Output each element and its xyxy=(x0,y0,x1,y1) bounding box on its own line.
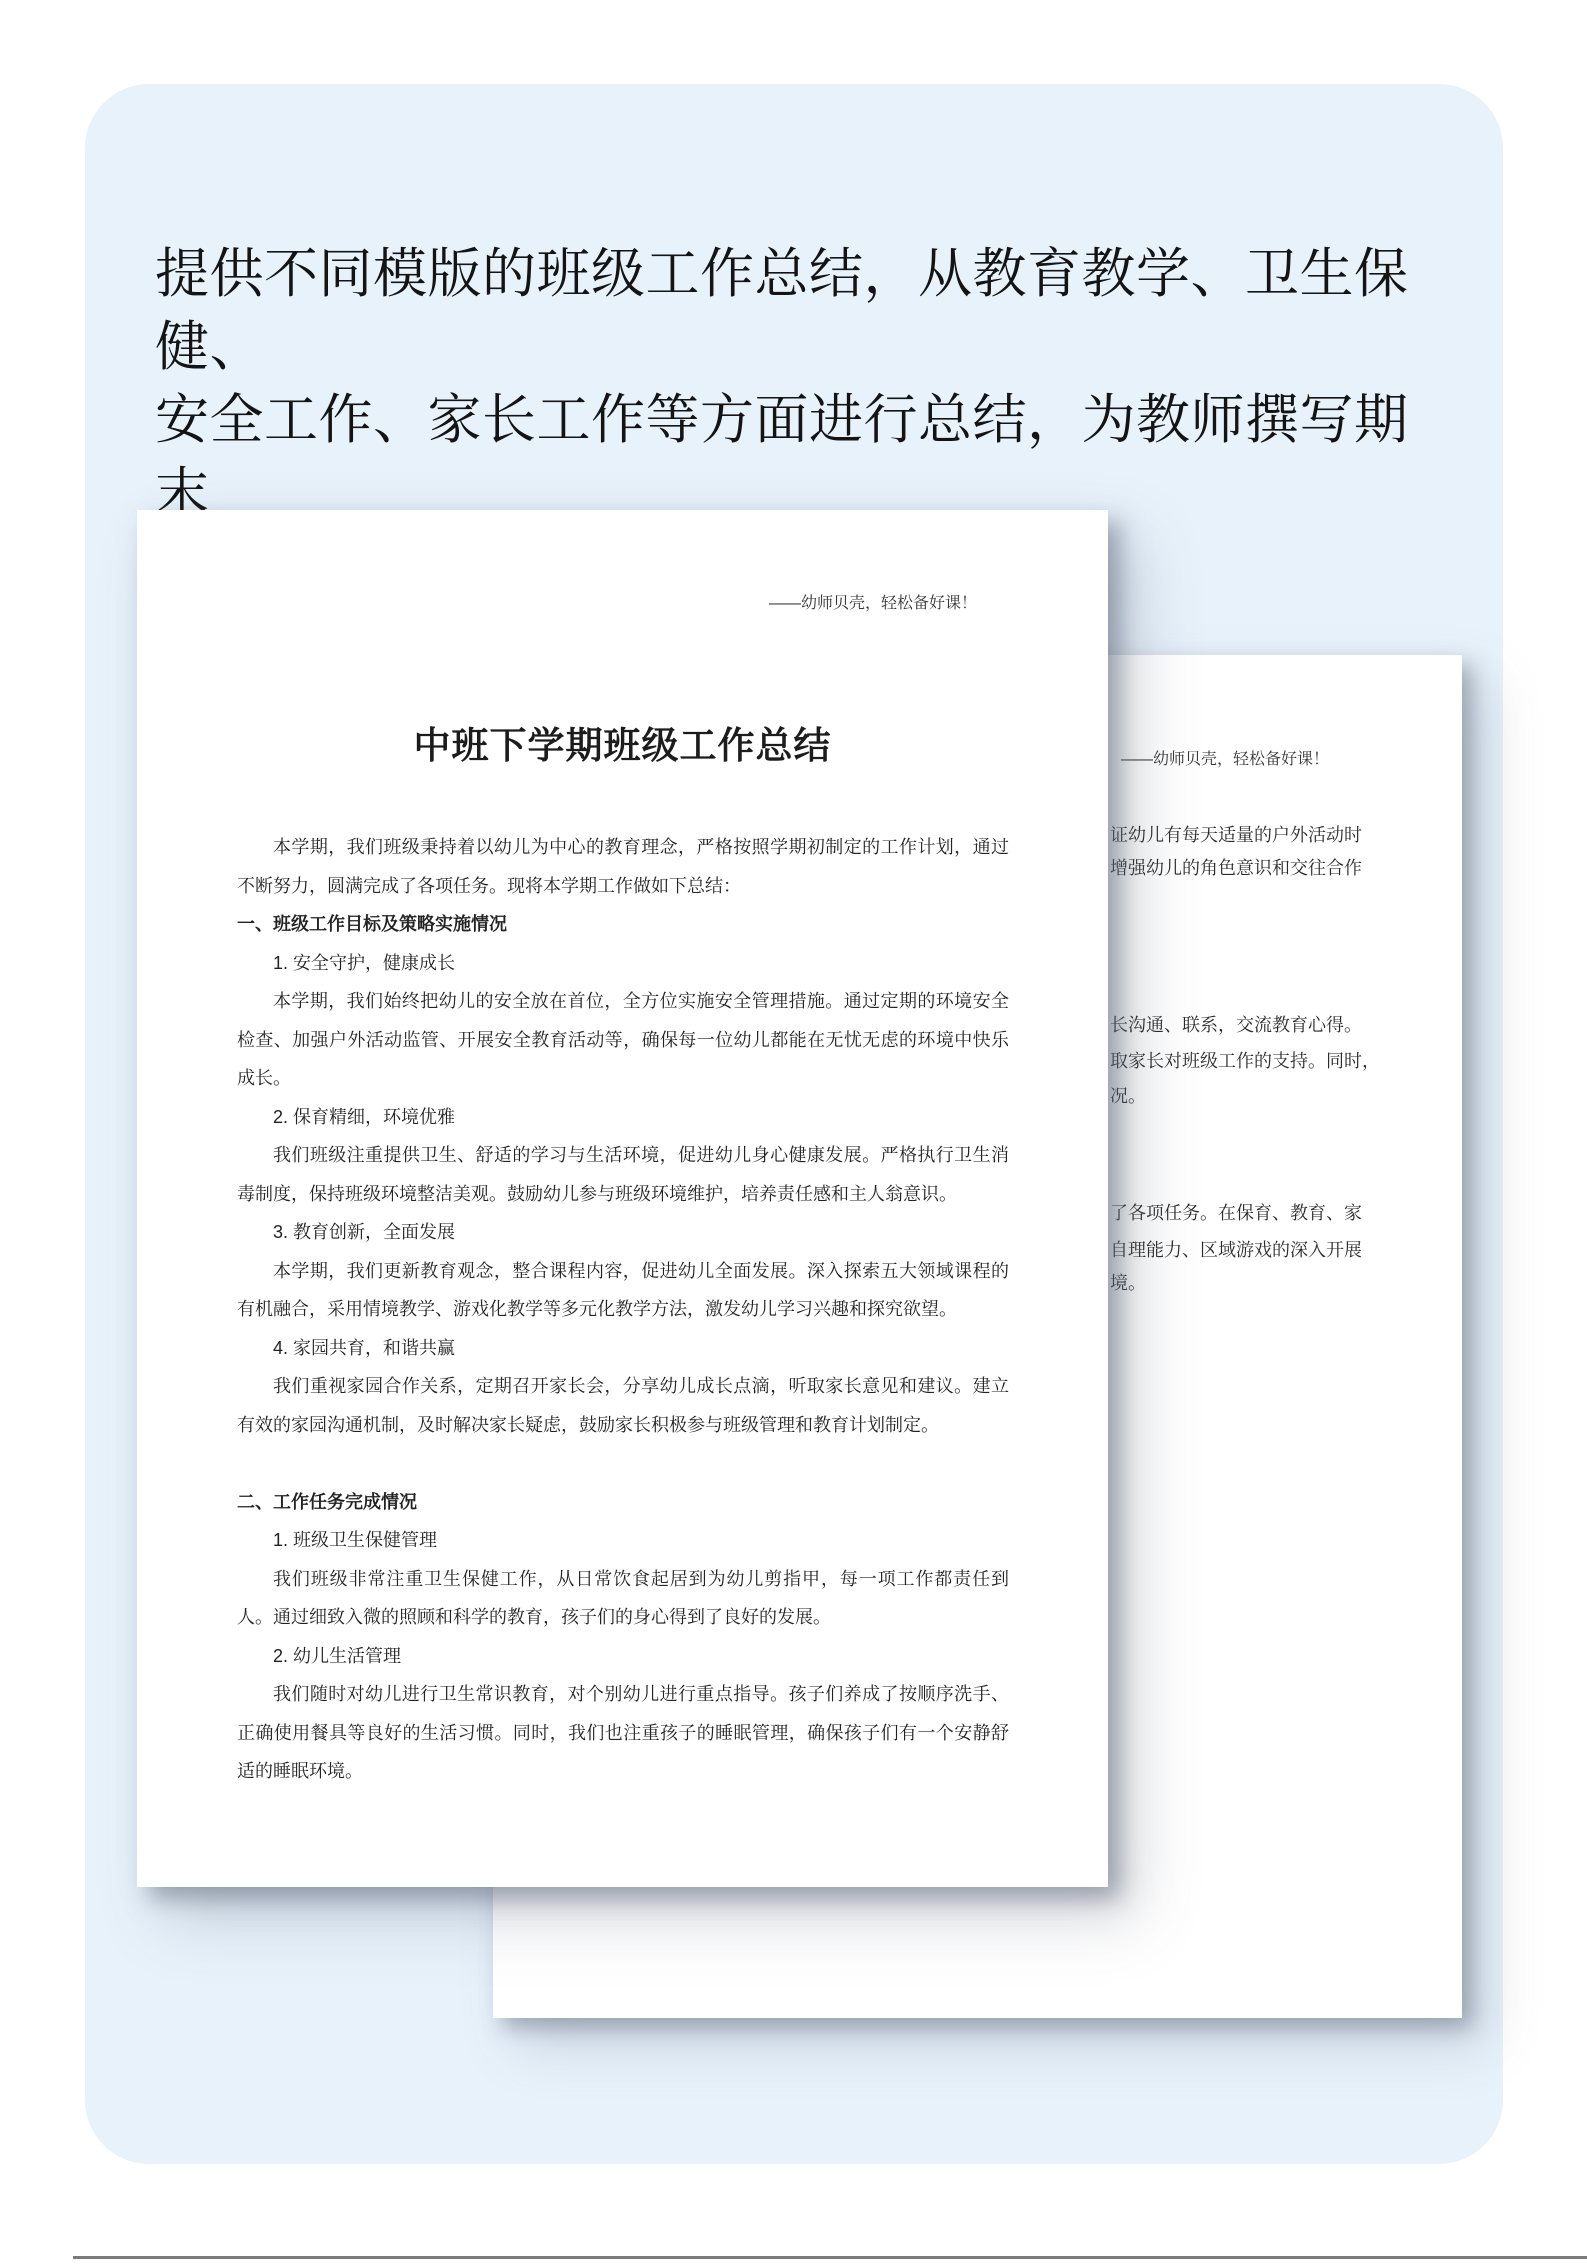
document-text-line: 增强幼儿的角色意识和交往合作 xyxy=(1110,854,1362,880)
page-header-slogan: ——幼师贝壳，轻松备好课！ xyxy=(769,590,977,613)
document-paragraph: 1. 安全守护，健康成长 xyxy=(237,944,1009,983)
document-text-line: 了各项任务。在保育、教育、家 xyxy=(1110,1199,1362,1225)
document-text-line: 取家长对班级工作的支持。同时， xyxy=(1110,1047,1380,1073)
document-page-front: ——幼师贝壳，轻松备好课！ 中班下学期班级工作总结 本学期，我们班级秉持着以幼儿… xyxy=(137,510,1108,1887)
document-body: 本学期，我们班级秉持着以幼儿为中心的教育理念，严格按照学期初制定的工作计划，通过… xyxy=(237,828,1009,1791)
document-text-line: 长沟通、联系，交流教育心得。 xyxy=(1110,1011,1362,1037)
document-paragraph: 我们重视家园合作关系，定期召开家长会，分享幼儿成长点滴，听取家长意见和建议。建立… xyxy=(237,1367,1009,1444)
document-text-line: 自理能力、区域游戏的深入开展 xyxy=(1110,1236,1362,1262)
document-paragraph: 一、班级工作目标及策略实施情况 xyxy=(237,905,1009,944)
document-paragraph: 本学期，我们班级秉持着以幼儿为中心的教育理念，严格按照学期初制定的工作计划，通过… xyxy=(237,828,1009,905)
bottom-divider-line xyxy=(73,2256,1587,2259)
document-paragraph: 3. 教育创新，全面发展 xyxy=(237,1213,1009,1252)
document-paragraph: 二、工作任务完成情况 xyxy=(237,1483,1009,1522)
document-paragraph: 我们随时对幼儿进行卫生常识教育，对个别幼儿进行重点指导。孩子们养成了按顺序洗手、… xyxy=(237,1675,1009,1791)
document-text-line: 境。 xyxy=(1110,1269,1146,1295)
document-paragraph: 2. 保育精细，环境优雅 xyxy=(237,1098,1009,1137)
document-paragraph: 1. 班级卫生保健管理 xyxy=(237,1521,1009,1560)
document-paragraph: 我们班级非常注重卫生保健工作，从日常饮食起居到为幼儿剪指甲，每一项工作都责任到人… xyxy=(237,1560,1009,1637)
document-paragraph: 本学期，我们更新教育观念，整合课程内容，促进幼儿全面发展。深入探索五大领域课程的… xyxy=(237,1252,1009,1329)
document-paragraph: 4. 家园共育，和谐共赢 xyxy=(237,1329,1009,1368)
document-paragraph: 我们班级注重提供卫生、舒适的学习与生活环境，促进幼儿身心健康发展。严格执行卫生消… xyxy=(237,1136,1009,1213)
document-paragraph: 2. 幼儿生活管理 xyxy=(237,1637,1009,1676)
intro-text-line: 安全工作、家长工作等方面进行总结，为教师撰写期末 xyxy=(155,384,1455,530)
document-text-line: 况。 xyxy=(1110,1082,1146,1108)
document-text-line: 证幼儿有每天适量的户外活动时 xyxy=(1110,821,1362,847)
document-paragraph: 本学期，我们始终把幼儿的安全放在首位，全方位实施安全管理措施。通过定期的环境安全… xyxy=(237,982,1009,1098)
document-title: 中班下学期班级工作总结 xyxy=(137,715,1108,769)
intro-text-line: 提供不同模版的班级工作总结，从教育教学、卫生保健、 xyxy=(155,238,1455,384)
